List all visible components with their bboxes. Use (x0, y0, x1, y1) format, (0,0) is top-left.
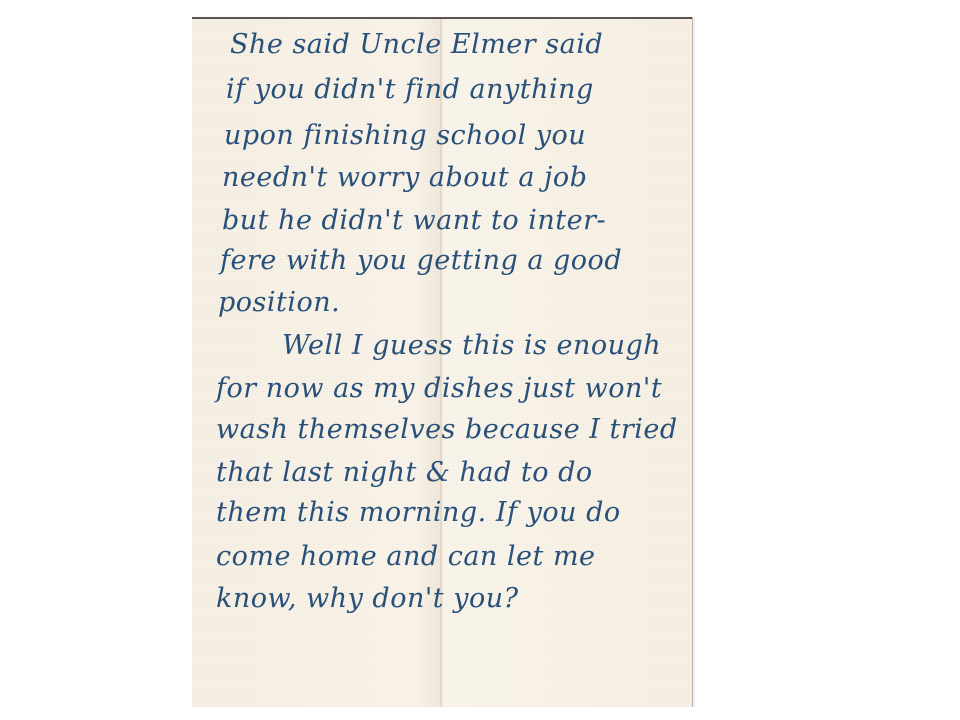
letter-line-10: wash themselves because I tried (216, 416, 678, 443)
screenshot-canvas: She said Uncle Elmer said if you didn't … (0, 0, 960, 720)
letter-line-11: that last night & had to do (216, 459, 593, 486)
letter-line-5: but he didn't want to inter- (222, 207, 606, 234)
letter-line-6: fere with you getting a good (220, 247, 622, 274)
letter-line-12: them this morning. If you do (216, 499, 621, 526)
letter-line-7: position. (218, 289, 340, 316)
letter-line-8: Well I guess this is enough (282, 332, 661, 359)
letter-page: She said Uncle Elmer said if you didn't … (192, 17, 692, 707)
letter-line-9: for now as my dishes just won't (216, 375, 662, 402)
letter-line-3: upon finishing school you (224, 122, 586, 149)
letter-line-2: if you didn't find anything (226, 76, 594, 103)
letter-line-1: She said Uncle Elmer said (230, 31, 603, 58)
letter-line-13: come home and can let me (216, 543, 596, 570)
letter-line-4: needn't worry about a job (222, 164, 587, 191)
letter-line-14: know, why don't you? (216, 585, 519, 612)
